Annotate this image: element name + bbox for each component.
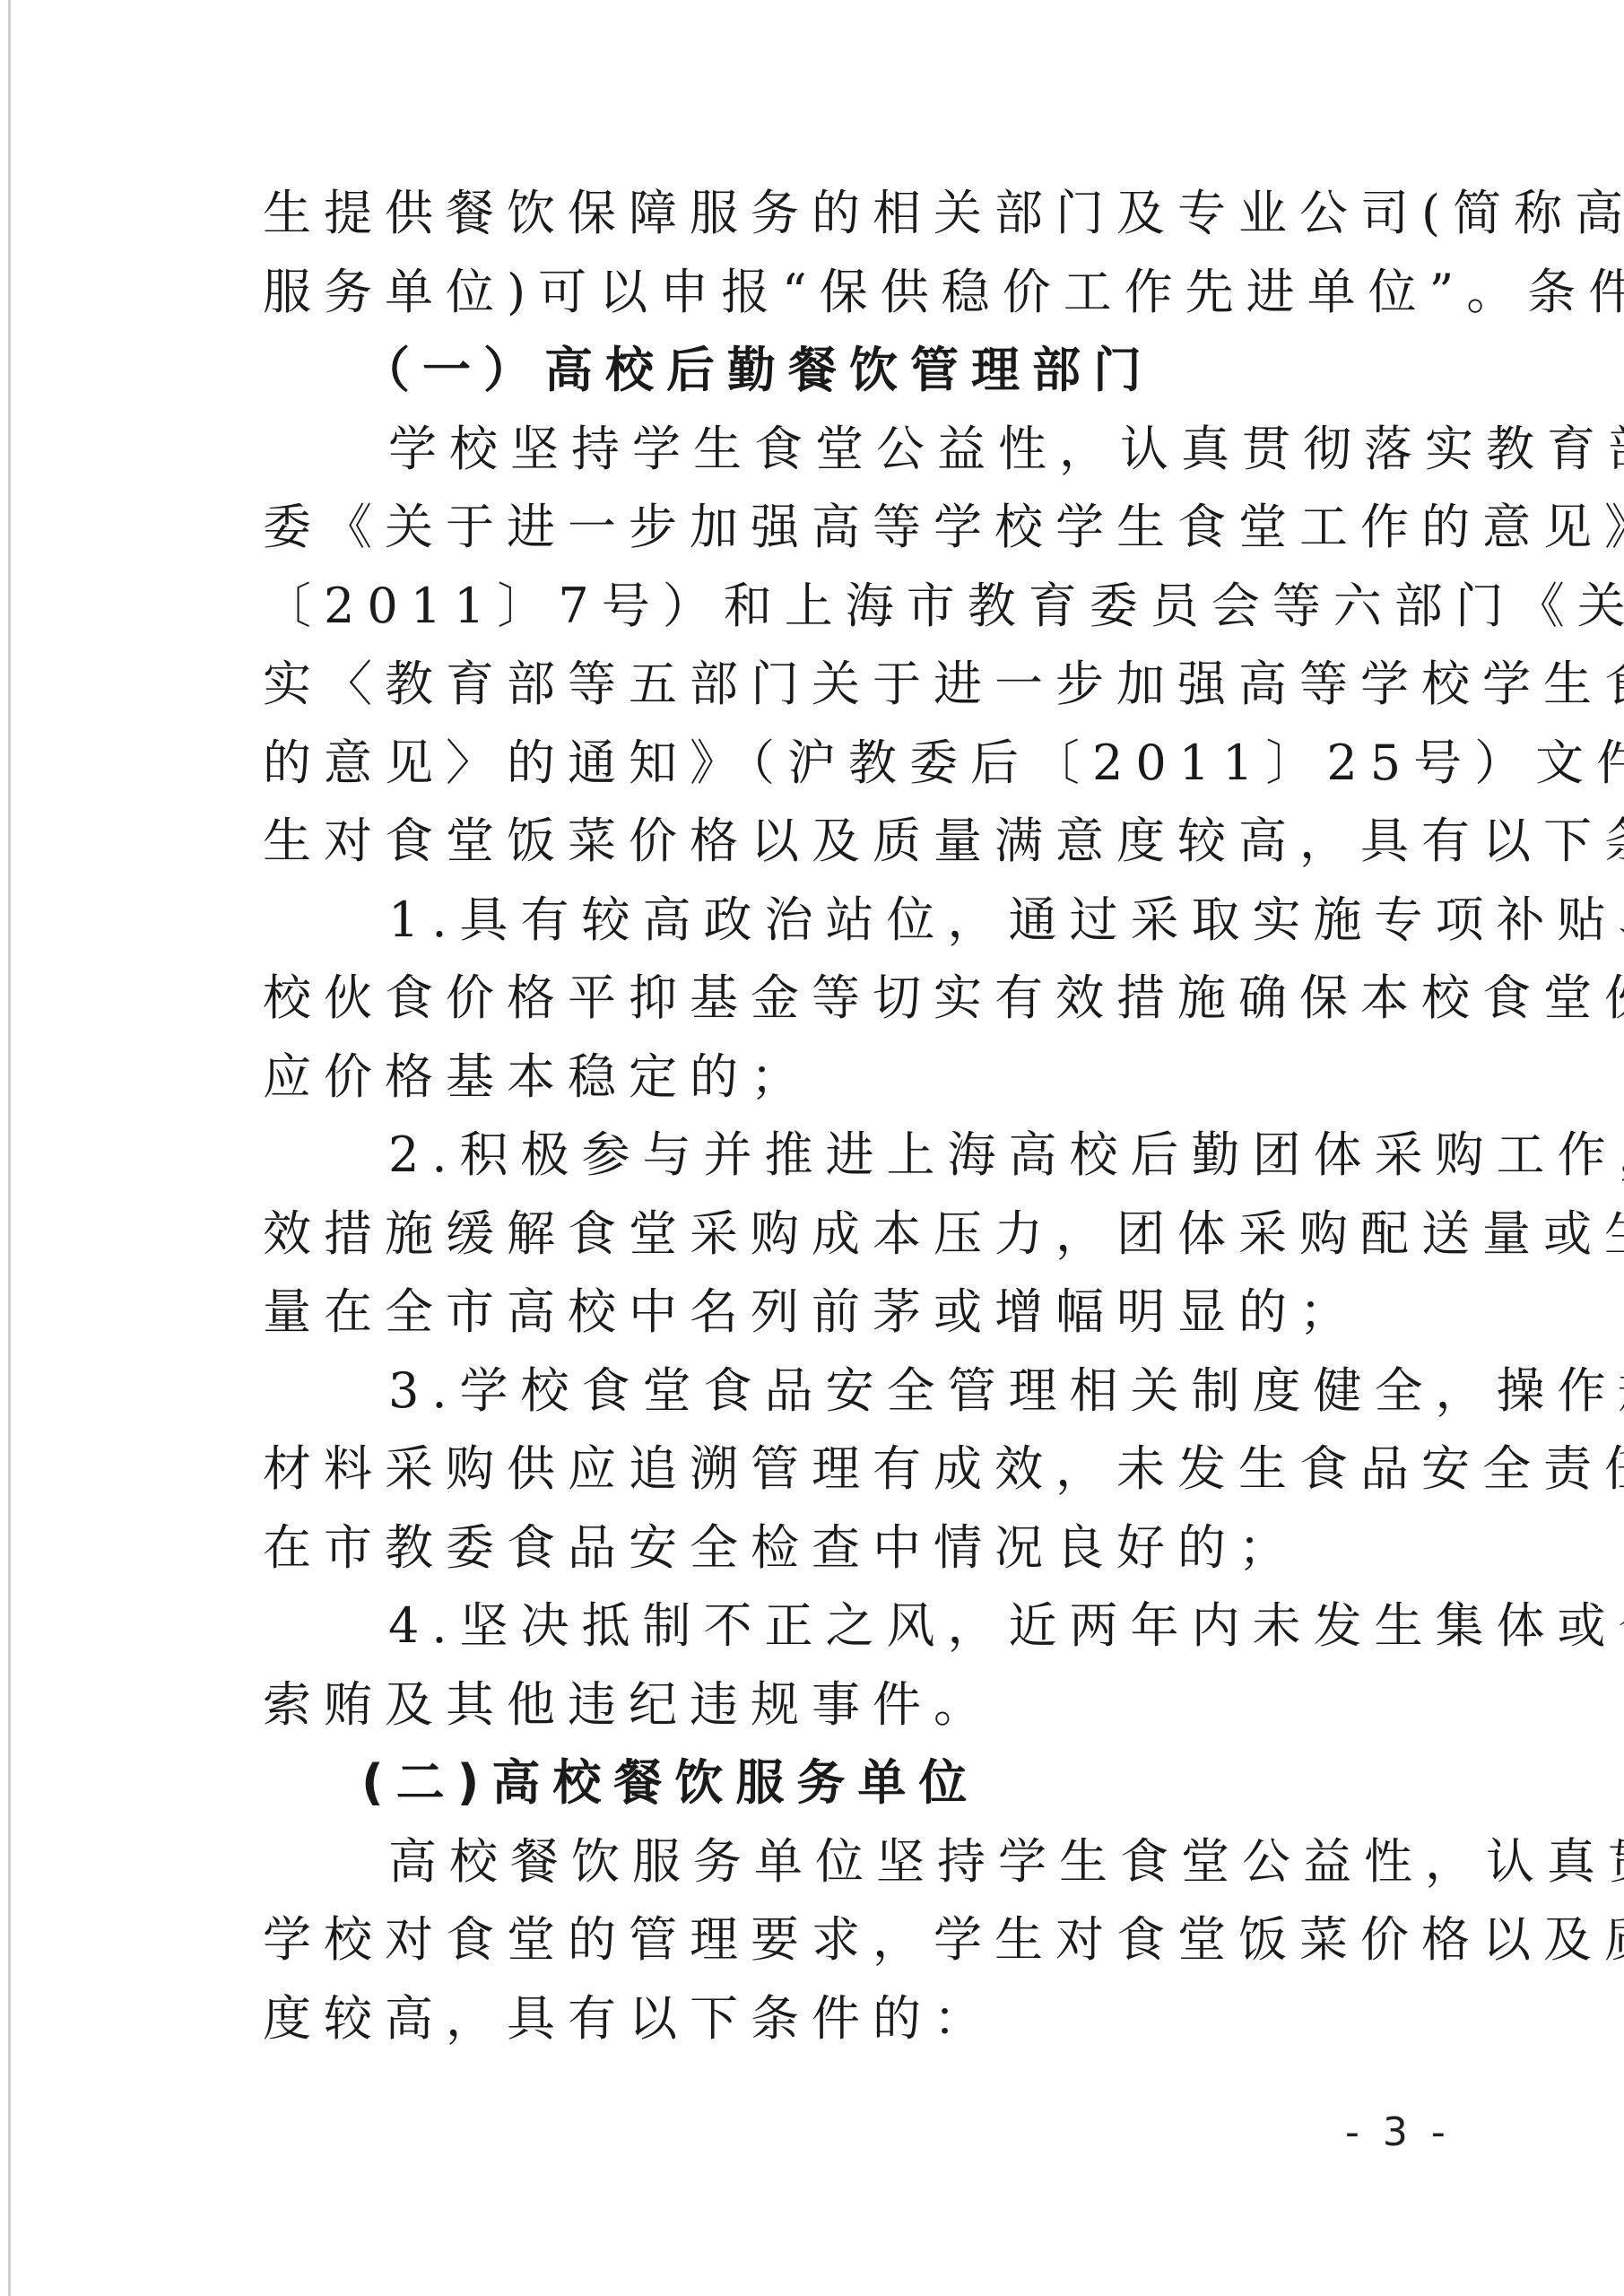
paragraph-line: 生提供餐饮保障服务的相关部门及专业公司(简称高校餐饮 [263, 174, 1393, 253]
paragraph-line: 生对食堂饭菜价格以及质量满意度较高，具有以下条件的： [263, 802, 1393, 881]
document-body: 生提供餐饮保障服务的相关部门及专业公司(简称高校餐饮 服务单位)可以申报“保供稳… [263, 174, 1393, 2057]
paragraph-line: 学校对食堂的管理要求，学生对食堂饭菜价格以及质量满意 [263, 1900, 1393, 1979]
list-item-4: 4.坚决抵制不正之风，近两年内未发生集体或个人受贿 [263, 1587, 1393, 1665]
list-item-3: 3.学校食堂食品安全管理相关制度健全，操作规范，原 [263, 1352, 1393, 1431]
paragraph-line: 效措施缓解食堂采购成本压力，团体采购配送量或生均配送 [263, 1195, 1393, 1274]
paragraph-line: 〔2011〕7号）和上海市教育委员会等六部门《关于贯彻落 [263, 567, 1393, 646]
paragraph-line: 的意见〉的通知》（沪教委后〔2011〕25号）文件精神，学 [263, 724, 1393, 803]
paragraph-line: 服务单位)可以申报“保供稳价工作先进单位”。条件分别为： [263, 253, 1393, 332]
paragraph-line: 材料采购供应追溯管理有成效，未发生食品安全责任事故且 [263, 1430, 1393, 1509]
paragraph-line: 实〈教育部等五部门关于进一步加强高等学校学生食堂工作 [263, 645, 1393, 724]
paragraph-line: 在市教委食品安全检查中情况良好的； [263, 1509, 1393, 1587]
page-edge-line [8, 0, 11, 2296]
page-number: - 3 - [1345, 2109, 1451, 2155]
paragraph-line: 校伙食价格平抑基金等切实有效措施确保本校食堂伙食供 [263, 959, 1393, 1038]
paragraph-line: 索贿及其他违纪违规事件。 [263, 1665, 1393, 1744]
list-item-2: 2.积极参与并推进上海高校后勤团体采购工作，采取有 [263, 1116, 1393, 1195]
paragraph-line: 应价格基本稳定的； [263, 1038, 1393, 1117]
paragraph-line: 学校坚持学生食堂公益性，认真贯彻落实教育部等五部 [263, 410, 1393, 489]
paragraph-line: 委《关于进一步加强高等学校学生食堂工作的意见》（教发 [263, 488, 1393, 567]
paragraph-line: 高校餐饮服务单位坚持学生食堂公益性，认真贯彻落实 [263, 1822, 1393, 1901]
section-heading-1: （一）高校后勤餐饮管理部门 [263, 331, 1393, 410]
paragraph-line: 度较高，具有以下条件的： [263, 1979, 1393, 2058]
section-heading-2: (二)高校餐饮服务单位 [263, 1744, 1393, 1822]
list-item-1: 1.具有较高政治站位，通过采取实施专项补贴、启动学 [263, 881, 1393, 960]
paragraph-line: 量在全市高校中名列前茅或增幅明显的； [263, 1273, 1393, 1352]
